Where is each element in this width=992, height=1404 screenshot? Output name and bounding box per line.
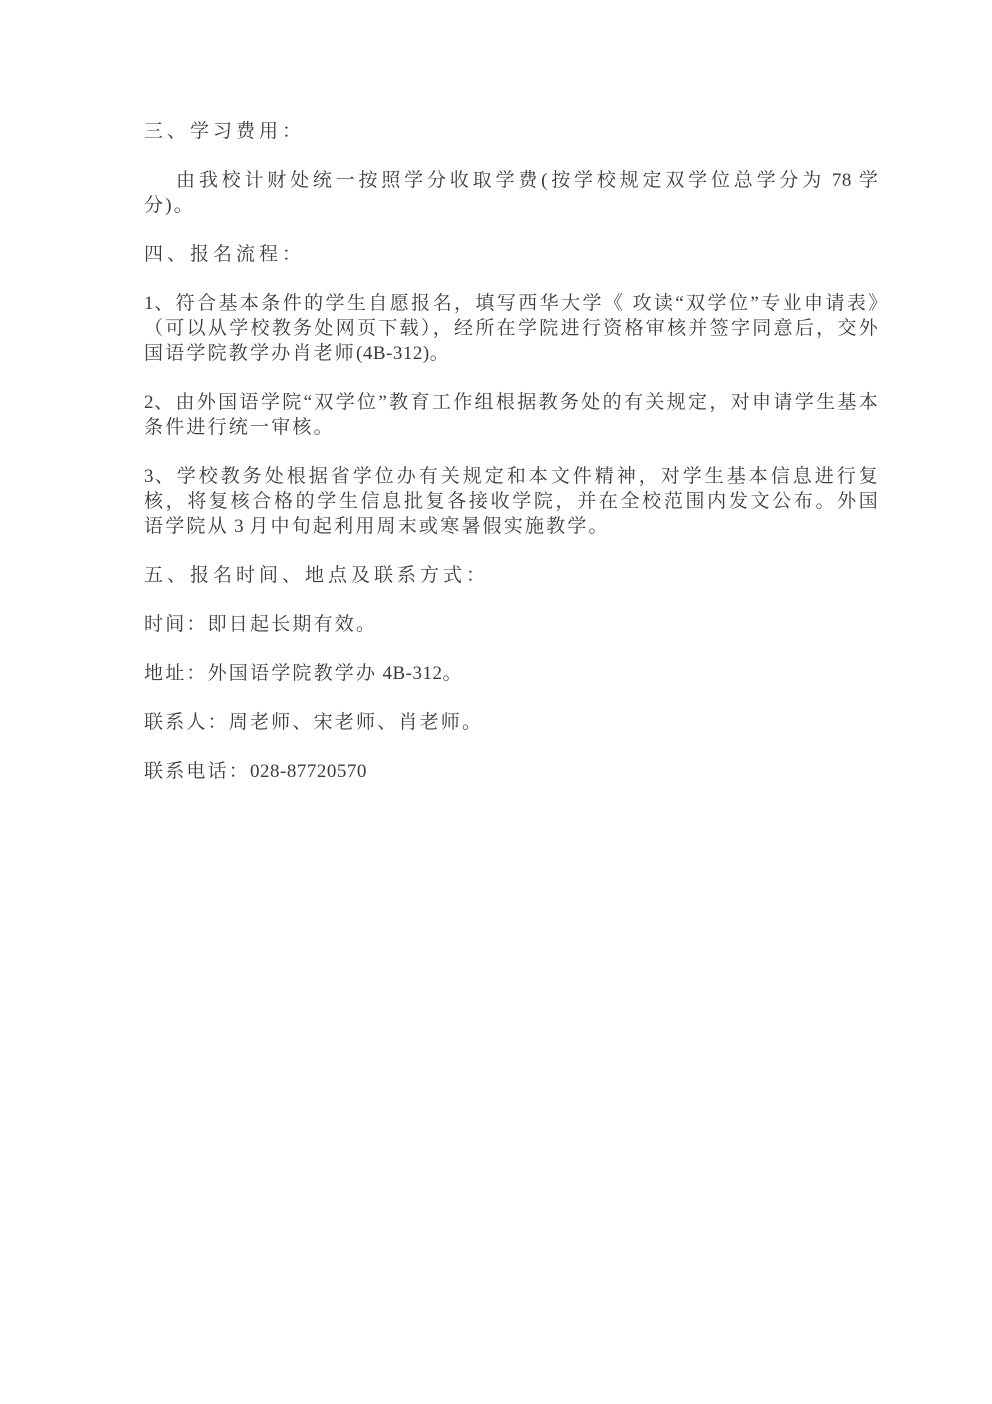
latin-text-run: 3 [144, 466, 154, 487]
cjk-text-run: 时间：即日起长期有效。 [144, 614, 377, 635]
section-heading-fees: 三、学习费用： [144, 119, 880, 144]
cjk-text-run: 、由外国语学院“双学位”教育工作组根据教务处的有关规定，对申请学生基本条件进行统… [144, 392, 880, 438]
latin-text-run: 1 [144, 293, 154, 314]
cjk-text-run: 联系电话： [144, 761, 250, 782]
latin-text-run: 4B-312 [377, 663, 442, 684]
latin-text-run: (4B-312) [356, 343, 430, 364]
para-step-2: 2、由外国语学院“双学位”教育工作组根据教务处的有关规定，对申请学生基本条件进行… [144, 390, 880, 440]
para-address: 地址：外国语学院教学办 4B-312。 [144, 661, 880, 686]
latin-text-run: 78 [825, 170, 859, 191]
cjk-text-run: 四、报名流程： [144, 244, 305, 265]
document-page: 三、学习费用： 由我校计财处统一按照学分收取学费(按学校规定双学位总学分为 78… [144, 119, 880, 808]
cjk-text-run: 。 [442, 663, 463, 684]
section-heading-procedure: 四、报名流程： [144, 242, 880, 267]
para-contact-persons: 联系人：周老师、宋老师、肖老师。 [144, 710, 880, 735]
cjk-text-run: 地址：外国语学院教学办 [144, 663, 377, 684]
para-phone: 联系电话：028-87720570 [144, 759, 880, 784]
para-time: 时间：即日起长期有效。 [144, 612, 880, 637]
cjk-text-run: 月中旬起利用周末或寒暑假实施教学。 [249, 516, 609, 537]
latin-text-run: 2 [144, 392, 154, 413]
para-tuition: 由我校计财处统一按照学分收取学费(按学校规定双学位总学分为 78 学分)。 [144, 168, 880, 218]
cjk-text-run: 三、学习费用： [144, 121, 305, 142]
cjk-text-run: 。 [430, 343, 451, 364]
latin-text-run: 028-87720570 [250, 761, 367, 782]
cjk-text-run: 由我校计财处统一按照学分收取学费(按学校规定双学位总学分为 [176, 170, 825, 191]
para-step-3: 3、学校教务处根据省学位办有关规定和本文件精神，对学生基本信息进行复核，将复核合… [144, 464, 880, 539]
cjk-text-run: 五、报名时间、地点及联系方式： [144, 565, 489, 586]
latin-text-run: 3 [229, 516, 250, 537]
cjk-text-run: 联系人：周老师、宋老师、肖老师。 [144, 712, 483, 733]
cjk-text-run: 、符合基本条件的学生自愿报名，填写西华大学《 攻读“双学位”专业申请表》（可以从… [144, 293, 880, 364]
section-heading-contact: 五、报名时间、地点及联系方式： [144, 563, 880, 588]
para-step-1: 1、符合基本条件的学生自愿报名，填写西华大学《 攻读“双学位”专业申请表》（可以… [144, 291, 880, 366]
